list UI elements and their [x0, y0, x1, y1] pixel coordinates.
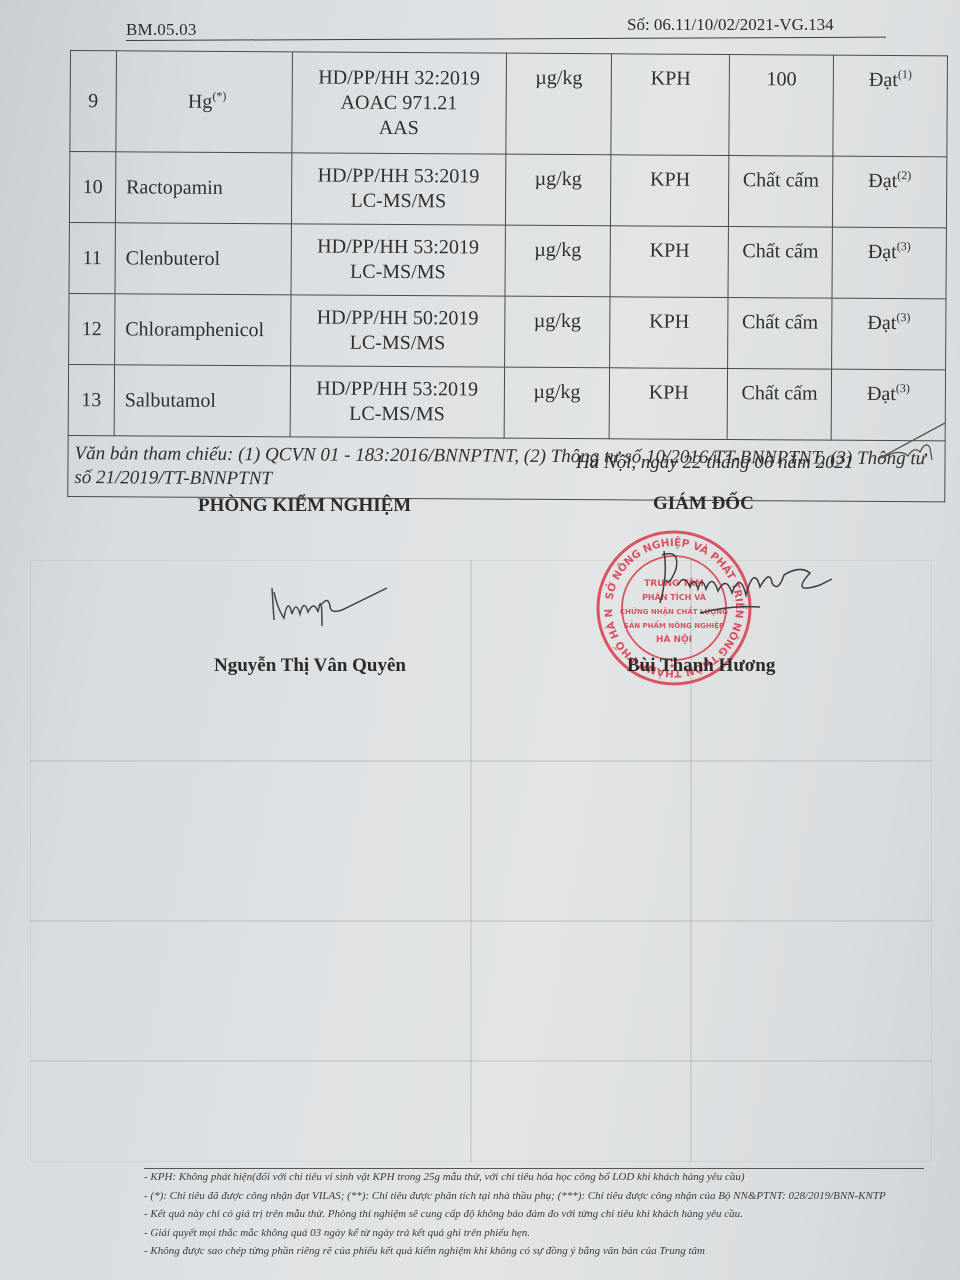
- analyte-name: Chloramphenicol: [115, 294, 291, 366]
- unit: µg/kg: [505, 53, 611, 155]
- analyte-name: Clenbuterol: [115, 223, 291, 295]
- header-divider: [126, 37, 886, 41]
- bleed-through-line: [30, 1060, 932, 1062]
- row-number: 12: [69, 293, 115, 364]
- bleed-through-line: [30, 920, 932, 922]
- test-method: HD/PP/HH 32:2019 AOAC 971.21 AAS: [292, 52, 506, 154]
- footnote-complaints: - Giải quyết mọi thắc mắc không quá 03 n…: [144, 1226, 924, 1242]
- footnote-copy-restriction: - Không được sao chép từng phần riêng rẽ…: [144, 1244, 924, 1260]
- analyte-name: Ractopamin: [115, 152, 291, 224]
- document-page: BM.05.03 Số: 06.11/10/02/2021-VG.134 9 H…: [0, 0, 960, 1280]
- table-row: 11 Clenbuterol HD/PP/HH 53:2019 LC-MS/MS…: [69, 222, 946, 298]
- footnotes: - KPH: Không phát hiện(đối với chỉ tiêu …: [144, 1170, 924, 1260]
- result: KPH: [610, 368, 728, 440]
- test-method: HD/PP/HH 50:2019 LC-MS/MS: [290, 295, 504, 367]
- form-code: BM.05.03: [126, 20, 197, 40]
- unit: µg/kg: [504, 367, 610, 439]
- unit: µg/kg: [505, 225, 611, 297]
- lab-department-title: PHÒNG KIỂM NGHIỆM: [198, 495, 411, 517]
- table-row: 13 Salbutamol HD/PP/HH 53:2019 LC-MS/MS …: [68, 364, 945, 440]
- director-title: GIÁM ĐỐC: [653, 493, 754, 515]
- footnote-legend: - (*): Chỉ tiêu đã được công nhận đạt VI…: [144, 1189, 924, 1205]
- limit: Chất cấm: [728, 227, 832, 299]
- row-number: 13: [68, 364, 114, 435]
- analyte-name: Salbutamol: [114, 365, 290, 437]
- result: KPH: [610, 226, 728, 298]
- test-method: HD/PP/HH 53:2019 LC-MS/MS: [291, 153, 505, 225]
- svg-text:HÀ NỘI: HÀ NỘI: [656, 633, 692, 645]
- analyte-name: Hg(*): [116, 51, 293, 153]
- result: KPH: [610, 297, 728, 369]
- bleed-through-line: [470, 560, 472, 1162]
- result: KPH: [611, 155, 729, 227]
- initials-mark: [870, 418, 950, 468]
- bleed-through-line: [30, 760, 932, 762]
- limit: Chất cấm: [728, 298, 832, 370]
- lab-head-name: Nguyễn Thị Vân Quyên: [214, 655, 406, 677]
- director-name: Bùi Thanh Hương: [627, 655, 775, 677]
- table-row: 9 Hg(*) HD/PP/HH 32:2019 AOAC 971.21 AAS…: [70, 51, 948, 157]
- row-number: 9: [70, 51, 117, 152]
- footnote-divider: [144, 1168, 924, 1169]
- table-row: 10 Ractopamin HD/PP/HH 53:2019 LC-MS/MS …: [69, 152, 946, 228]
- unit: µg/kg: [505, 154, 611, 226]
- test-method: HD/PP/HH 53:2019 LC-MS/MS: [290, 366, 504, 438]
- test-method: HD/PP/HH 53:2019 LC-MS/MS: [291, 224, 505, 296]
- unit: µg/kg: [504, 296, 610, 368]
- document-number: Số: 06.11/10/02/2021-VG.134: [627, 15, 834, 35]
- signature-right: [650, 545, 840, 625]
- evaluation: Đạt(3): [832, 227, 946, 299]
- limit: 100: [729, 55, 833, 157]
- row-number: 10: [69, 152, 115, 223]
- evaluation: Đạt(1): [833, 55, 948, 157]
- footnote-validity: - Kết quả này chỉ có giá trị trên mẫu th…: [144, 1207, 924, 1223]
- footnote-kph: - KPH: Không phát hiện(đối với chỉ tiêu …: [144, 1170, 924, 1186]
- results-table: 9 Hg(*) HD/PP/HH 32:2019 AOAC 971.21 AAS…: [67, 50, 948, 502]
- evaluation: Đạt(3): [832, 298, 946, 370]
- bleed-through-grid: [30, 560, 932, 1162]
- limit: Chất cấm: [729, 156, 833, 228]
- result: KPH: [611, 54, 729, 156]
- signature-left: [262, 580, 402, 630]
- row-number: 11: [69, 222, 115, 293]
- table-row: 12 Chloramphenicol HD/PP/HH 50:2019 LC-M…: [69, 293, 946, 369]
- date-line: Hà Nội, ngày 22 tháng 06 năm 2021: [576, 452, 854, 474]
- limit: Chất cấm: [727, 369, 831, 441]
- evaluation: Đạt(2): [833, 156, 947, 228]
